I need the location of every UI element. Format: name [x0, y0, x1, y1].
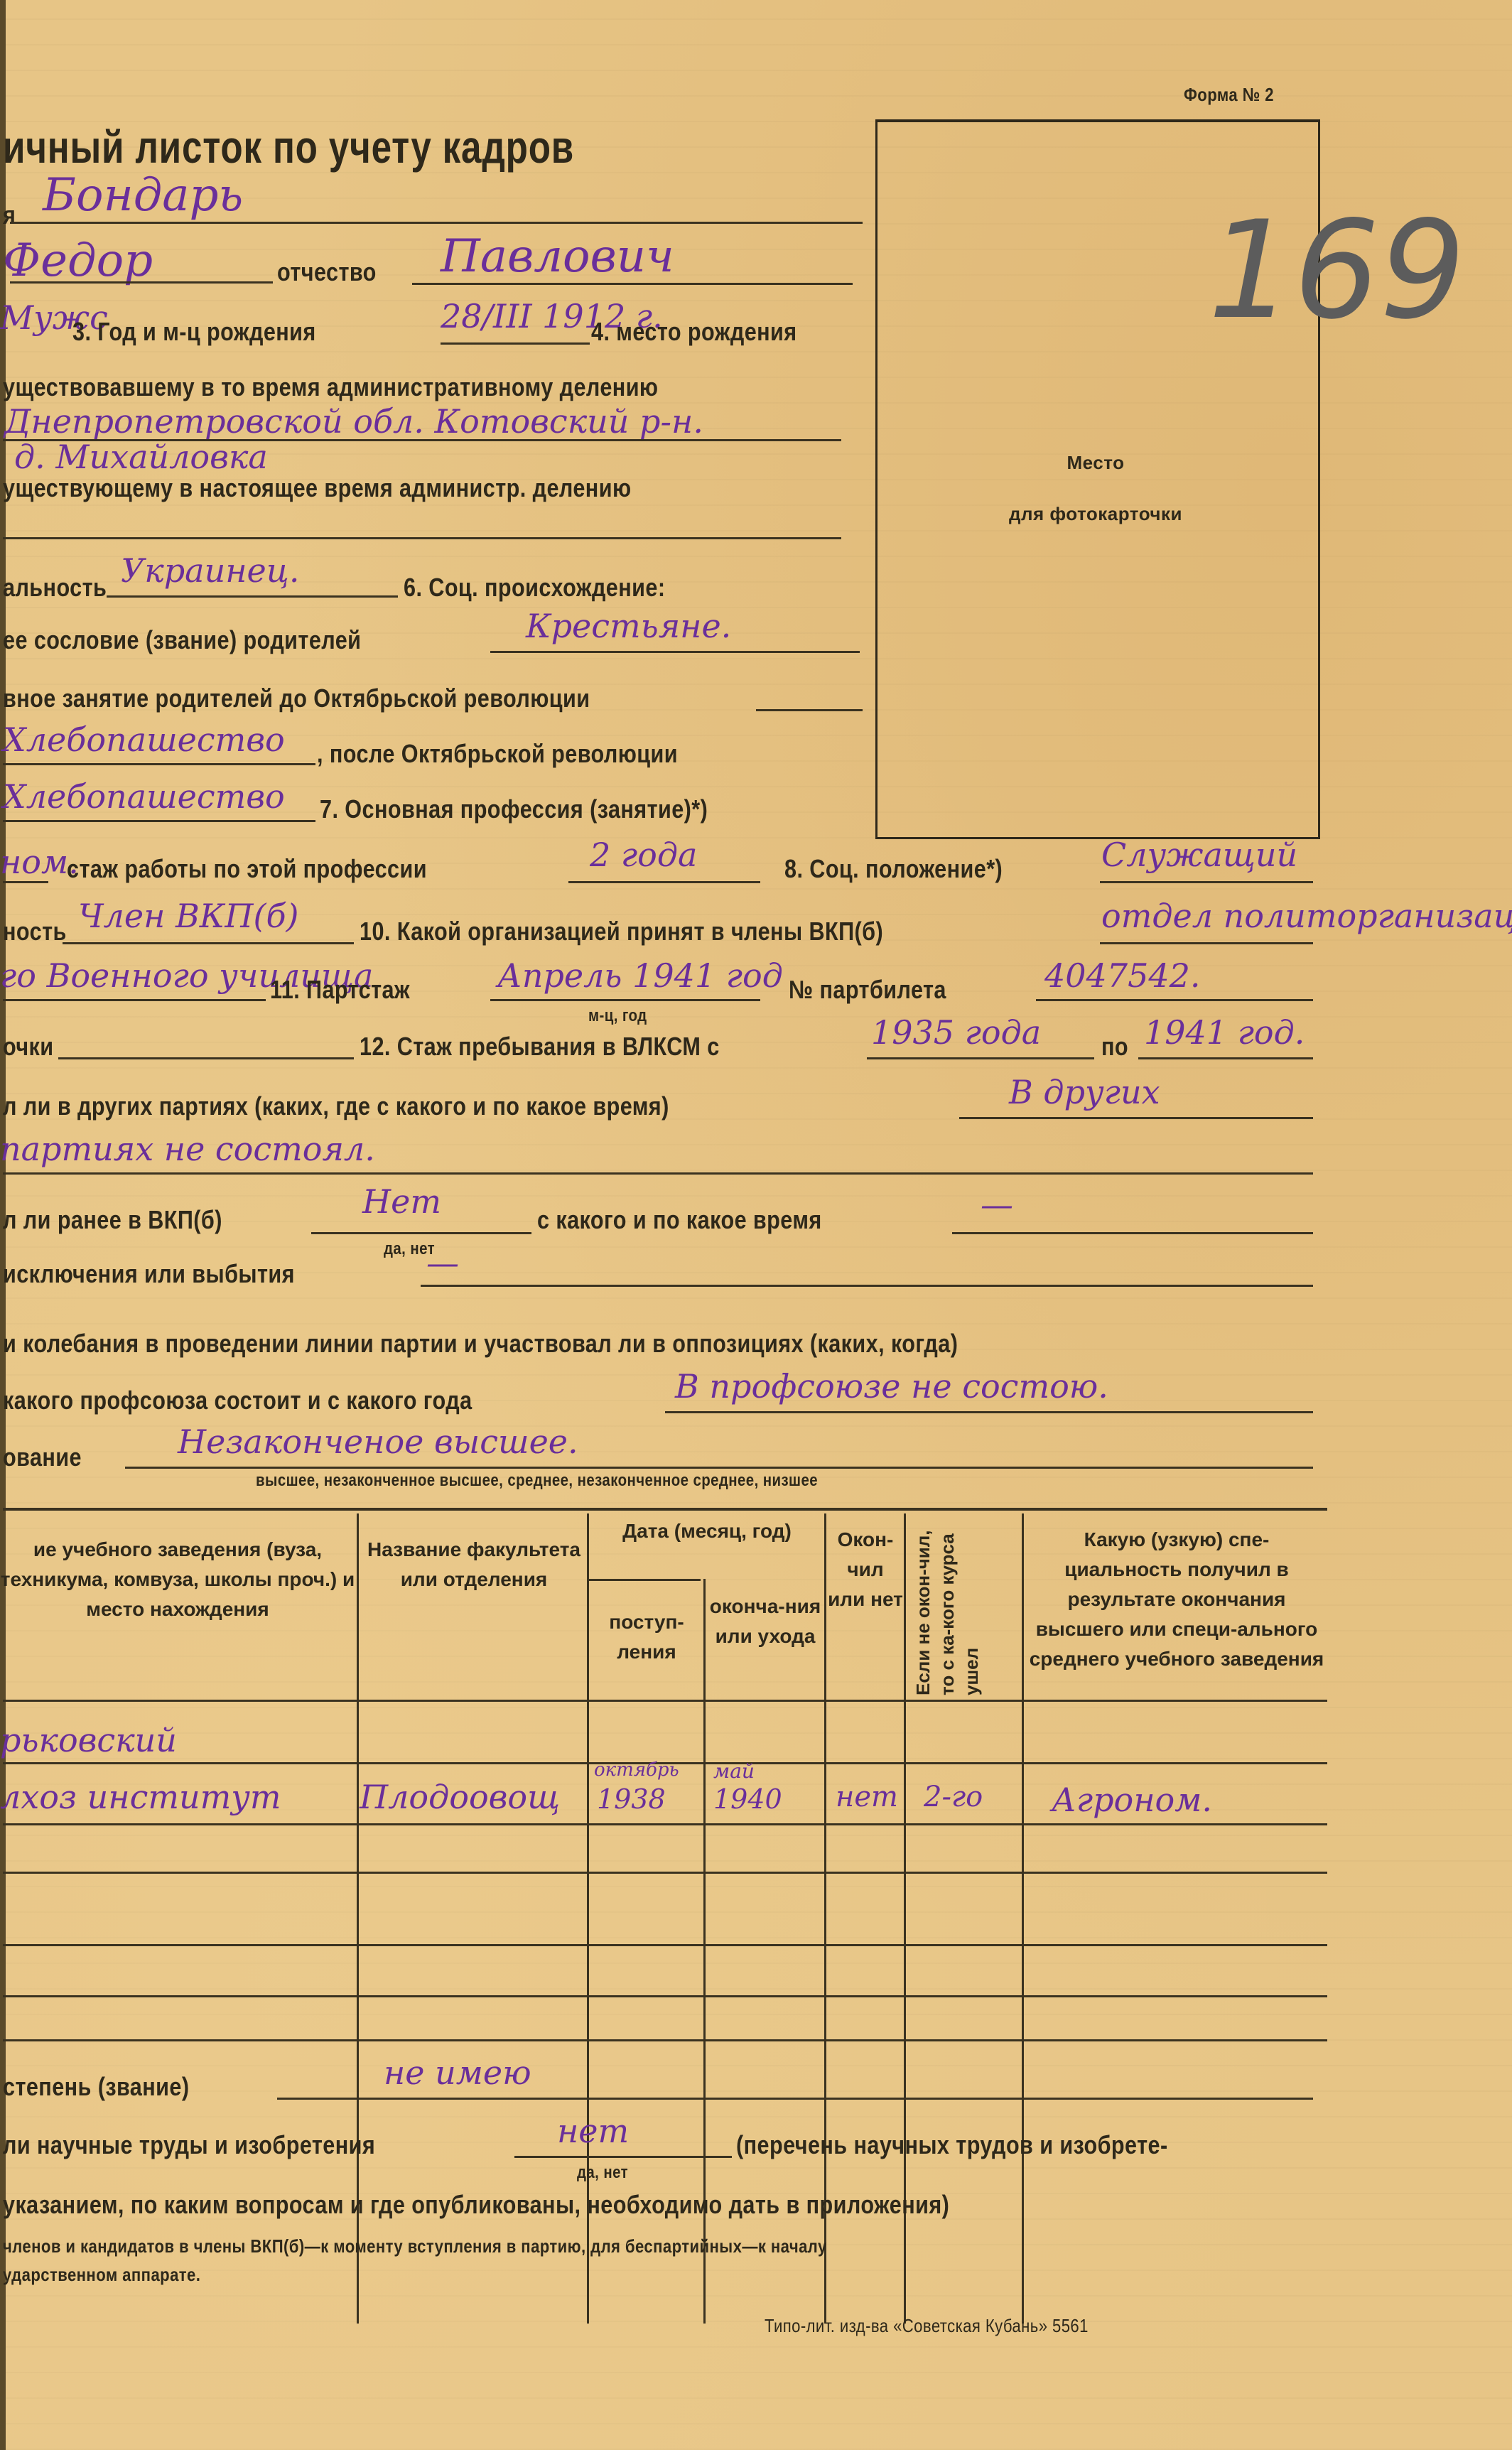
- birthplace-old-label: уществовавшему в то время административн…: [3, 372, 659, 402]
- scientific-works-value[interactable]: нет: [557, 2112, 629, 2150]
- candidate-card-label: очки: [3, 1032, 54, 1062]
- patronymic-label: отчество: [277, 257, 377, 287]
- party-tenure-hint: м-ц, год: [588, 1006, 647, 1026]
- header-date-leave: оконча-ния или ухода: [706, 1592, 824, 1651]
- membership-period-label: с какого и по какое время: [537, 1205, 822, 1235]
- col-divider-6: [1022, 1513, 1024, 2324]
- header-specialty: Какую (узкую) спе-циальность получил в р…: [1027, 1525, 1326, 1674]
- parents-estate-value[interactable]: Крестьяне.: [526, 607, 731, 645]
- social-status-value[interactable]: Служащий: [1101, 836, 1297, 874]
- scientific-works-hint: да, нет: [577, 2163, 628, 2183]
- other-parties-value-1[interactable]: В других: [1009, 1073, 1160, 1111]
- birth-date-line: [441, 342, 590, 345]
- exclusion-value[interactable]: —: [426, 1243, 459, 1282]
- other-parties-value-2[interactable]: партиях не состоял.: [0, 1130, 375, 1168]
- surname-value[interactable]: Бондарь: [43, 169, 243, 222]
- form-number: Форма № 2: [1184, 84, 1274, 106]
- komsomol-to-value[interactable]: 1941 год.: [1144, 1013, 1305, 1052]
- scientific-works-label: ли научные труды и изобретения: [3, 2130, 375, 2160]
- parents-occupation-before-line-2: [3, 763, 315, 765]
- cell-date-enter-month[interactable]: октябрь: [594, 1759, 679, 1781]
- photo-label-1: Место: [875, 452, 1316, 474]
- footnote-line-1: членов и кандидатов в члены ВКП(б)—к мом…: [3, 2235, 827, 2257]
- header-institution: ие учебного заведения (вуза, техникума, …: [0, 1535, 355, 1624]
- degree-line: [277, 2098, 1313, 2100]
- trade-union-line: [665, 1411, 1313, 1413]
- archive-pencil-number: 169: [1208, 192, 1466, 349]
- social-origin-label: 6. Соц. происхождение:: [404, 573, 665, 603]
- komsomol-from-line: [867, 1057, 1094, 1059]
- parents-estate-line: [490, 651, 860, 653]
- komsomol-to-line: [1138, 1057, 1313, 1059]
- education-label: ование: [3, 1442, 82, 1472]
- cell-date-enter-year[interactable]: 1938: [597, 1783, 666, 1815]
- experience-label: стаж работы по этой профессии: [67, 854, 427, 884]
- photo-label-2: для фотокарточки: [875, 503, 1316, 525]
- previously-member-line: [311, 1232, 531, 1234]
- experience-value[interactable]: 2 года: [590, 836, 697, 874]
- admitted-by-label: 10. Какой организацией принят в члены ВК…: [360, 917, 883, 946]
- header-faculty: Название факультета или отделения: [364, 1535, 584, 1594]
- nationality-value[interactable]: Украинец.: [121, 551, 299, 590]
- birthplace-old-value-2[interactable]: д. Михайловка: [14, 438, 268, 476]
- cell-date-leave-month[interactable]: май: [713, 1759, 755, 1783]
- scientific-works-note: (перечень научных трудов и изобрете-: [736, 2130, 1168, 2160]
- cell-date-leave-year[interactable]: 1940: [713, 1783, 782, 1815]
- admitted-by-line: [1100, 942, 1313, 944]
- cell-institution-1[interactable]: рьковский: [0, 1721, 177, 1759]
- parents-occupation-after-value[interactable]: Хлебопашество: [3, 777, 285, 816]
- party-tenure-line: [490, 999, 760, 1001]
- page-title: ичный листок по учету кадров: [3, 121, 574, 173]
- printer-imprint: Типо-лит. изд-ва «Советская Кубань» 5561: [765, 2315, 1089, 2337]
- exclusion-line: [421, 1285, 1313, 1287]
- party-membership-line: [63, 942, 354, 944]
- cell-specialty[interactable]: Агроном.: [1052, 1781, 1212, 1819]
- candidate-card-line: [58, 1057, 354, 1059]
- table-top-border: [3, 1508, 1327, 1511]
- table-row-line-5: [3, 1995, 1327, 1997]
- profession-line: [3, 881, 48, 883]
- komsomol-label: 12. Стаж пребывания в ВЛКСМ с: [360, 1032, 720, 1062]
- table-row-line-4: [3, 1944, 1327, 1946]
- experience-line: [568, 881, 760, 883]
- birth-date-label: 3. Год и м-ц рождения: [72, 317, 316, 347]
- patronymic-value[interactable]: Павлович: [441, 230, 674, 283]
- degree-label: степень (звание): [3, 2072, 189, 2102]
- membership-period-line: [952, 1232, 1313, 1234]
- birthplace-new-line: [3, 537, 841, 539]
- cell-graduated[interactable]: нет: [836, 1781, 898, 1813]
- patronymic-line: [412, 283, 853, 285]
- header-date: Дата (месяц, год): [590, 1516, 824, 1546]
- admitted-by-line-2: [3, 999, 266, 1001]
- first-name-value[interactable]: Федор: [3, 234, 153, 287]
- party-membership-label: ность: [3, 917, 67, 946]
- social-status-label: 8. Соц. положение*): [784, 854, 1003, 884]
- header-course: Если не окон-чил, то с ка-кого курса уше…: [911, 1518, 983, 1695]
- party-tenure-label: 11. Партстаж: [270, 975, 410, 1005]
- cell-institution-2[interactable]: лхоз институт: [0, 1778, 281, 1816]
- parents-occupation-before-label: вное занятие родителей до Октябрьской ре…: [3, 684, 590, 713]
- education-value[interactable]: Незаконченое высшее.: [178, 1423, 578, 1461]
- nationality-label: альность: [3, 573, 107, 603]
- parents-estate-label: ее сословие (звание) родителей: [3, 625, 361, 655]
- degree-value[interactable]: не имею: [384, 2054, 531, 2092]
- party-tenure-value[interactable]: Апрель 1941 год: [497, 956, 783, 995]
- profession-label: 7. Основная профессия (занятие)*): [320, 794, 708, 824]
- header-graduated: Окон-чил или нет: [827, 1525, 904, 1614]
- parents-occupation-after-label: , после Октябрьской революции: [317, 739, 678, 769]
- other-parties-line: [959, 1117, 1313, 1119]
- membership-period-value[interactable]: —: [981, 1185, 1013, 1224]
- previously-member-label: л ли ранее в ВКП(б): [3, 1205, 222, 1235]
- exclusion-label: исключения или выбытия: [3, 1259, 295, 1289]
- other-parties-line-2: [3, 1172, 1313, 1175]
- cell-faculty[interactable]: Плодоовощ: [360, 1778, 560, 1816]
- party-card-line: [1036, 999, 1313, 1001]
- previously-member-value[interactable]: Нет: [362, 1182, 441, 1221]
- table-header-bottom: [3, 1700, 1327, 1702]
- birthplace-label: 4. место рождения: [591, 317, 797, 347]
- party-membership-value[interactable]: Член ВКП(б): [78, 897, 298, 935]
- other-parties-label: л ли в других партиях (каких, где с како…: [3, 1091, 669, 1121]
- parents-occupation-after-line: [3, 820, 315, 822]
- education-line: [125, 1467, 1313, 1469]
- table-row-line-3: [3, 1872, 1327, 1874]
- party-card-label: № партбилета: [789, 975, 946, 1005]
- parents-occupation-before-line: [756, 709, 863, 711]
- education-hint: высшее, незаконченное высшее, среднее, н…: [256, 1471, 818, 1491]
- header-date-enter: поступ-ления: [590, 1607, 703, 1667]
- birthplace-old-value-1[interactable]: Днепропетровской обл. Котовский р-н.: [4, 402, 703, 441]
- scientific-works-line: [514, 2156, 732, 2158]
- first-name-line: [10, 281, 273, 284]
- party-card-value[interactable]: 4047542.: [1044, 956, 1201, 995]
- footnote-line-2: ударственном аппарате.: [3, 2264, 200, 2286]
- trade-union-value[interactable]: В профсоюзе не состою.: [675, 1367, 1108, 1405]
- social-status-line: [1100, 881, 1313, 883]
- table-row-line-6: [3, 2039, 1327, 2041]
- date-subheader-line: [587, 1579, 701, 1581]
- surname-line: [10, 222, 863, 224]
- oppositions-label: и колебания в проведении линии партии и …: [3, 1329, 958, 1359]
- admitted-by-value-1[interactable]: отдел политорганизации: [1101, 897, 1512, 935]
- parents-occupation-before-value[interactable]: Хлебопашество: [3, 721, 285, 759]
- birthplace-new-label: уществующему в настоящее время администр…: [3, 473, 632, 503]
- table-row-line-2: [3, 1823, 1327, 1825]
- cell-course[interactable]: 2-го: [924, 1781, 983, 1813]
- komsomol-from-value[interactable]: 1935 года: [871, 1013, 1041, 1052]
- komsomol-to-label: по: [1101, 1032, 1128, 1062]
- surname-label: я: [3, 200, 16, 230]
- trade-union-label: какого профсоюза состоит и с какого года: [3, 1386, 472, 1415]
- nationality-line: [107, 595, 398, 598]
- scientific-works-note-2: указанием, по каким вопросам и где опубл…: [3, 2190, 949, 2220]
